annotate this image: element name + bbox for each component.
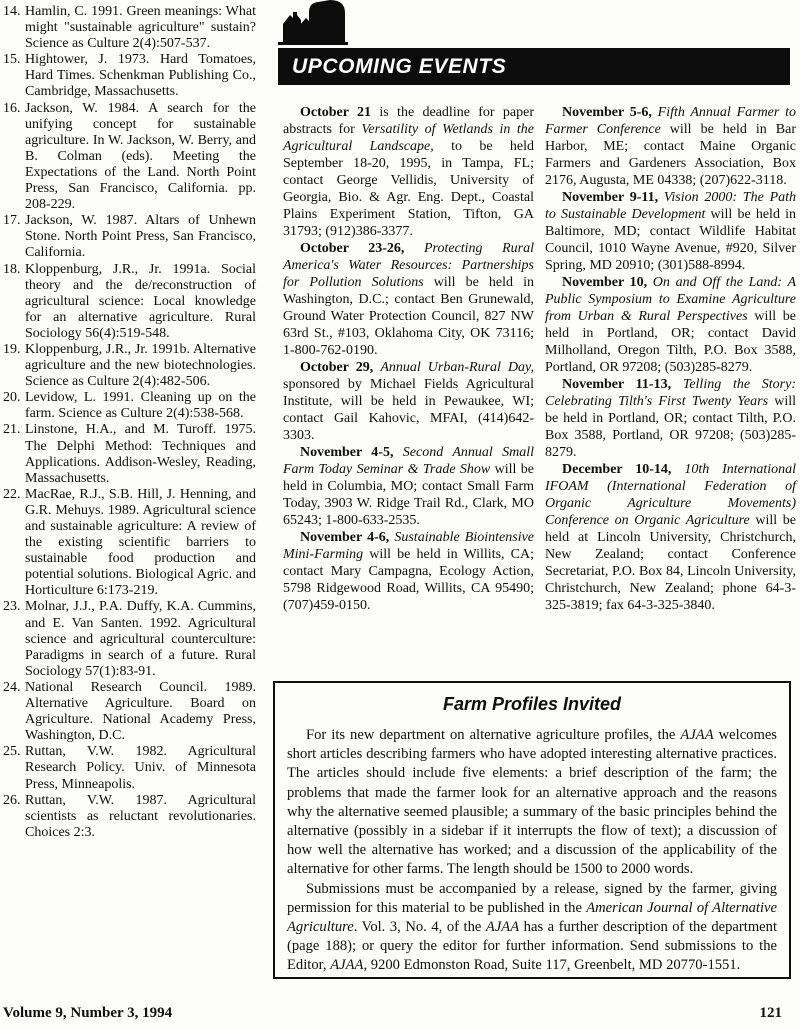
reference-item: 21.Linstone, H.A., and M. Turoff. 1975. … (3, 422, 256, 486)
text-segment: November 9-11, (562, 190, 658, 205)
reference-number: 14. (3, 4, 25, 52)
text-segment (671, 462, 684, 477)
reference-item: 25.Ruttan, V.W. 1982. Agricultural Resea… (3, 744, 256, 792)
reference-number: 19. (3, 342, 25, 390)
text-segment: October 23-26, (300, 241, 404, 256)
page-footer: Volume 9, Number 3, 1994 121 (3, 1005, 782, 1022)
reference-item: 16.Jackson, W. 1984. A search for the un… (3, 101, 256, 214)
reference-text: Jackson, W. 1987. Altars of Unhewn Stone… (25, 213, 256, 261)
reference-text: National Research Council. 1989. Alterna… (25, 680, 256, 744)
reference-number: 16. (3, 101, 25, 214)
reference-text: Ruttan, V.W. 1987. Agricultural scientis… (25, 793, 256, 841)
reference-number: 17. (3, 213, 25, 261)
reference-text: Kloppenburg, J.R., Jr. 1991a. Social the… (25, 262, 256, 342)
text-segment: Annual Urban-Rural Day, (380, 360, 534, 375)
reference-number: 26. (3, 793, 25, 841)
text-segment: November 4-5, (300, 445, 393, 460)
reference-text: Levidow, L. 1991. Cleaning up on the far… (25, 390, 256, 422)
journal-page: 14.Hamlin, C. 1991. Green meanings: What… (0, 0, 800, 1029)
volume-info: Volume 9, Number 3, 1994 (3, 1005, 172, 1022)
reference-item: 26.Ruttan, V.W. 1987. Agricultural scien… (3, 793, 256, 841)
text-segment (671, 377, 683, 392)
reference-number: 18. (3, 262, 25, 342)
reference-number: 22. (3, 487, 25, 600)
reference-item: 22.MacRae, R.J., S.B. Hill, J. Henning, … (3, 487, 256, 600)
reference-number: 20. (3, 390, 25, 422)
text-segment: November 10, (562, 275, 647, 290)
reference-text: Molnar, J.J., P.A. Duffy, K.A. Cummins, … (25, 599, 256, 679)
reference-text: Hamlin, C. 1991. Green meanings: What mi… (25, 4, 256, 52)
farm-buildings-silhouette-icon (278, 0, 348, 46)
event-item: December 10-14, 10th International IFOAM… (545, 461, 796, 614)
farm-profiles-paragraph: For its new department on alternative ag… (287, 726, 777, 880)
farm-profiles-paragraph: Submissions must be accompanied by a rel… (287, 880, 777, 976)
banner-title: UPCOMING EVENTS (292, 55, 506, 79)
events-column-1: October 21 is the deadline for paper abs… (283, 104, 534, 614)
reference-text: Hightower, J. 1973. Hard Tomatoes, Hard … (25, 52, 256, 100)
event-item: November 5-6, Fifth Annual Farmer to Far… (545, 104, 796, 189)
text-segment: sponsored by Michael Fields Agricultural… (283, 377, 534, 443)
event-item: November 10, On and Off the Land: A Publ… (545, 274, 796, 376)
text-segment: December 10-14, (562, 462, 671, 477)
text-segment (404, 241, 424, 256)
event-item: October 29, Annual Urban-Rural Day, spon… (283, 359, 534, 444)
event-item: November 4-6, Sustainable Biointensive M… (283, 529, 534, 614)
reference-list: 14.Hamlin, C. 1991. Green meanings: What… (3, 4, 256, 841)
reference-number: 25. (3, 744, 25, 792)
reference-text: Jackson, W. 1984. A search for the unify… (25, 101, 256, 214)
reference-item: 23.Molnar, J.J., P.A. Duffy, K.A. Cummin… (3, 599, 256, 679)
reference-text: MacRae, R.J., S.B. Hill, J. Henning, and… (25, 487, 256, 600)
reference-number: 24. (3, 680, 25, 744)
reference-number: 23. (3, 599, 25, 679)
event-item: November 9-11, Vision 2000: The Path to … (545, 189, 796, 274)
reference-item: 19.Kloppenburg, J.R., Jr. 1991b. Alterna… (3, 342, 256, 390)
text-segment: October 21 (300, 105, 371, 120)
text-segment: November 4-6, (300, 530, 389, 545)
reference-text: Ruttan, V.W. 1982. Agricultural Research… (25, 744, 256, 792)
reference-item: 18.Kloppenburg, J.R., Jr. 1991a. Social … (3, 262, 256, 342)
text-segment: AJAA (330, 957, 363, 973)
text-segment (393, 445, 402, 460)
reference-item: 15.Hightower, J. 1973. Hard Tomatoes, Ha… (3, 52, 256, 100)
text-segment: AJAA (680, 727, 713, 743)
text-segment: For its new department on alternative ag… (306, 727, 680, 743)
event-item: October 21 is the deadline for paper abs… (283, 104, 534, 240)
text-segment: October 29, (300, 360, 373, 375)
farm-profiles-box: Farm Profiles Invited For its new depart… (273, 681, 791, 979)
text-segment: AJAA (486, 919, 519, 935)
text-segment: will be held at Lincoln University, Chri… (545, 513, 796, 613)
text-segment: , to be held September 18-20, 1995, in T… (283, 139, 534, 239)
reference-text: Linstone, H.A., and M. Turoff. 1975. The… (25, 422, 256, 486)
event-item: November 11-13, Telling the Story: Celeb… (545, 376, 796, 461)
text-segment: November 11-13, (562, 377, 671, 392)
text-segment: welcomes short articles describing farme… (287, 727, 777, 877)
events-column-2: November 5-6, Fifth Annual Farmer to Far… (545, 104, 796, 614)
text-segment: . Vol. 3, No. 4, of the (354, 919, 486, 935)
page-number: 121 (760, 1005, 783, 1022)
farm-profiles-body: For its new department on alternative ag… (287, 726, 777, 976)
reference-item: 14.Hamlin, C. 1991. Green meanings: What… (3, 4, 256, 52)
reference-item: 20.Levidow, L. 1991. Cleaning up on the … (3, 390, 256, 422)
farm-profiles-title: Farm Profiles Invited (287, 694, 777, 715)
text-segment: November 5-6, (562, 105, 652, 120)
reference-text: Kloppenburg, J.R., Jr. 1991b. Alternativ… (25, 342, 256, 390)
text-segment: , 9200 Edmonston Road, Suite 117, Greenb… (363, 957, 740, 973)
reference-item: 24.National Research Council. 1989. Alte… (3, 680, 256, 744)
reference-item: 17.Jackson, W. 1987. Altars of Unhewn St… (3, 213, 256, 261)
reference-number: 21. (3, 422, 25, 486)
event-item: November 4-5, Second Annual Small Farm T… (283, 444, 534, 529)
event-item: October 23-26, Protecting Rural America'… (283, 240, 534, 359)
reference-number: 15. (3, 52, 25, 100)
upcoming-events-banner: UPCOMING EVENTS (278, 48, 790, 85)
